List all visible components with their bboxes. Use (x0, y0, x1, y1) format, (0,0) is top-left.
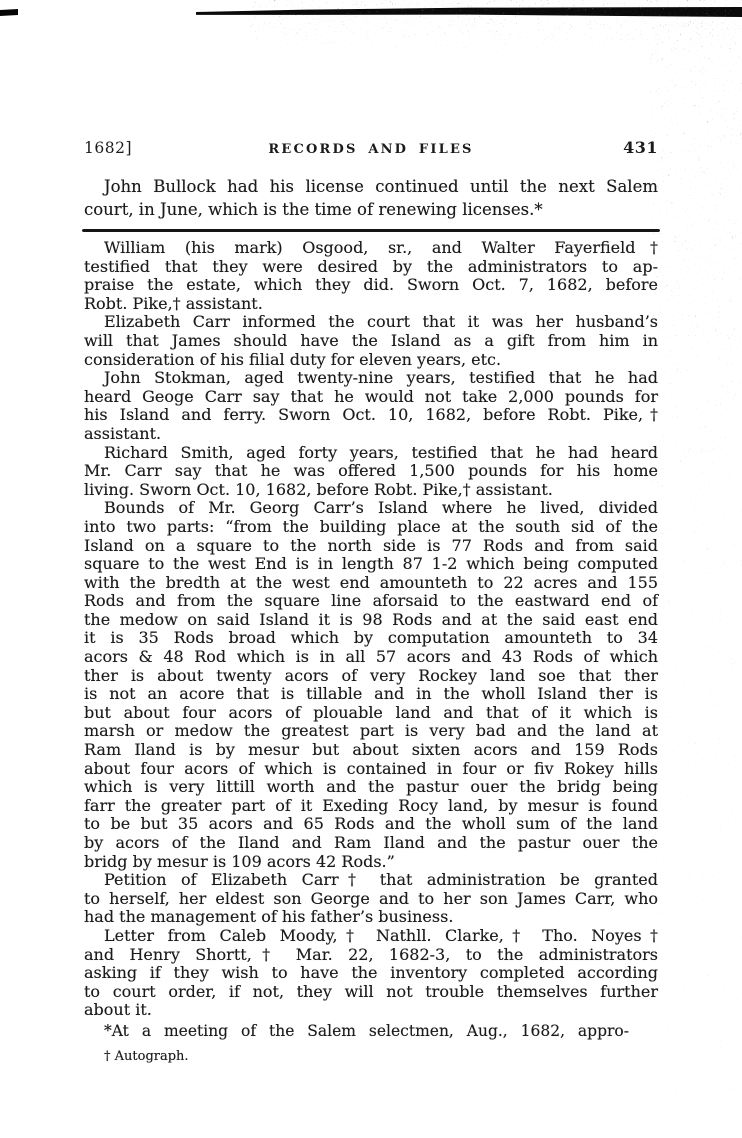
text-line: Richard Smith, aged forty years, testifi… (84, 444, 658, 463)
paragraph: William (his mark) Osgood, sr., and Walt… (84, 239, 658, 313)
text-line: it is 35 Rods broad which by computation… (84, 629, 658, 648)
text-line: into two parts: “from the building place… (84, 518, 658, 537)
text-line: consideration of his filial duty for ele… (84, 351, 658, 370)
text-line: living. Sworn Oct. 10, 1682, before Robt… (84, 481, 658, 500)
scan-artifact-corner-mark (0, 9, 18, 16)
paragraph: Richard Smith, aged forty years, testifi… (84, 444, 658, 500)
text-line: Elizabeth Carr informed the court that i… (84, 313, 658, 332)
text-line: to be but 35 acors and 65 Rods and the w… (84, 815, 658, 834)
text-line: Mr. Carr say that he was offered 1,500 p… (84, 462, 658, 481)
text-line: and Henry Shortt,† Mar. 22, 1682-3, to t… (84, 946, 658, 965)
text-line: ther is about twenty acors of very Rocke… (84, 667, 658, 686)
text-line: had the management of his father’s busin… (84, 908, 658, 927)
text-line: *At a meeting of the Salem selectmen, Au… (84, 1022, 629, 1041)
text-line: marsh or medow the greatest part is very… (84, 722, 658, 741)
text-line: court, in June, which is the time of ren… (84, 198, 658, 221)
intro-paragraph: John Bullock had his license continued u… (84, 175, 658, 221)
text-line: Petition of Elizabeth Carr† that adminis… (84, 871, 658, 890)
text-line: the medow on said Island it is 98 Rods a… (84, 611, 658, 630)
text-line: Bounds of Mr. Georg Carr’s Island where … (84, 499, 658, 518)
text-line: his Island and ferry. Sworn Oct. 10, 168… (84, 406, 658, 425)
text-line: Robt. Pike,† assistant. (84, 295, 658, 314)
paragraph: Petition of Elizabeth Carr† that adminis… (84, 871, 658, 927)
text-line: is not an acore that is tillable and in … (84, 685, 658, 704)
text-line: William (his mark) Osgood, sr., and Walt… (84, 239, 658, 258)
scanned-book-page: 1682] RECORDS AND FILES 431 John Bullock… (0, 0, 742, 1138)
text-line: about it. (84, 1001, 658, 1020)
body-text: William (his mark) Osgood, sr., and Walt… (84, 239, 658, 1020)
text-line: by acors of the Iland and Ram Iland and … (84, 834, 658, 853)
text-line: Ram Iland is by mesur but about sixten a… (84, 741, 658, 760)
text-line: asking if they wish to have the inventor… (84, 964, 658, 983)
paragraph: John Stokman, aged twenty-nine years, te… (84, 369, 658, 443)
text-line: to herself, her eldest son George and to… (84, 890, 658, 909)
paragraph: Letter from Caleb Moody,† Nathll. Clarke… (84, 927, 658, 1020)
text-line: farr the greater part of it Exeding Rocy… (84, 797, 658, 816)
text-line: assistant. (84, 425, 658, 444)
section-divider (82, 229, 660, 232)
footnote-dagger: † Autograph. (104, 1049, 189, 1065)
footnote-asterisk: *At a meeting of the Salem selectmen, Au… (84, 1022, 629, 1041)
text-line: John Bullock had his license continued u… (84, 175, 658, 198)
paragraph: Bounds of Mr. Georg Carr’s Island where … (84, 499, 658, 871)
text-line: Island on a square to the north side is … (84, 537, 658, 556)
text-line: bridg by mesur is 109 acors 42 Rods.” (84, 853, 658, 872)
text-line: square to the west End is in length 87 1… (84, 555, 658, 574)
text-line: heard Geoge Carr say that he would not t… (84, 388, 658, 407)
text-line: John Stokman, aged twenty-nine years, te… (84, 369, 658, 388)
text-line: Letter from Caleb Moody,† Nathll. Clarke… (84, 927, 658, 946)
page-header: 1682] RECORDS AND FILES 431 (84, 138, 658, 157)
scan-noise-right-margin (650, 0, 742, 1125)
text-line: praise the estate, which they did. Sworn… (84, 276, 658, 295)
text-line: but about four acors of plouable land an… (84, 704, 658, 723)
text-line: which is very littill worth and the past… (84, 778, 658, 797)
text-line: to court order, if not, they will not tr… (84, 983, 658, 1002)
running-title: RECORDS AND FILES (194, 142, 548, 157)
text-line: about four acors of which is contained i… (84, 760, 658, 779)
page-number: 431 (548, 138, 658, 157)
text-line: acors & 48 Rod which is in all 57 acors … (84, 648, 658, 667)
year-label: 1682] (84, 139, 194, 157)
text-line: testified that they were desired by the … (84, 258, 658, 277)
paragraph: Elizabeth Carr informed the court that i… (84, 313, 658, 369)
text-line: Rods and from the square line aforsaid t… (84, 592, 658, 611)
text-line: with the bredth at the west end amountet… (84, 574, 658, 593)
text-line: will that James should have the Island a… (84, 332, 658, 351)
